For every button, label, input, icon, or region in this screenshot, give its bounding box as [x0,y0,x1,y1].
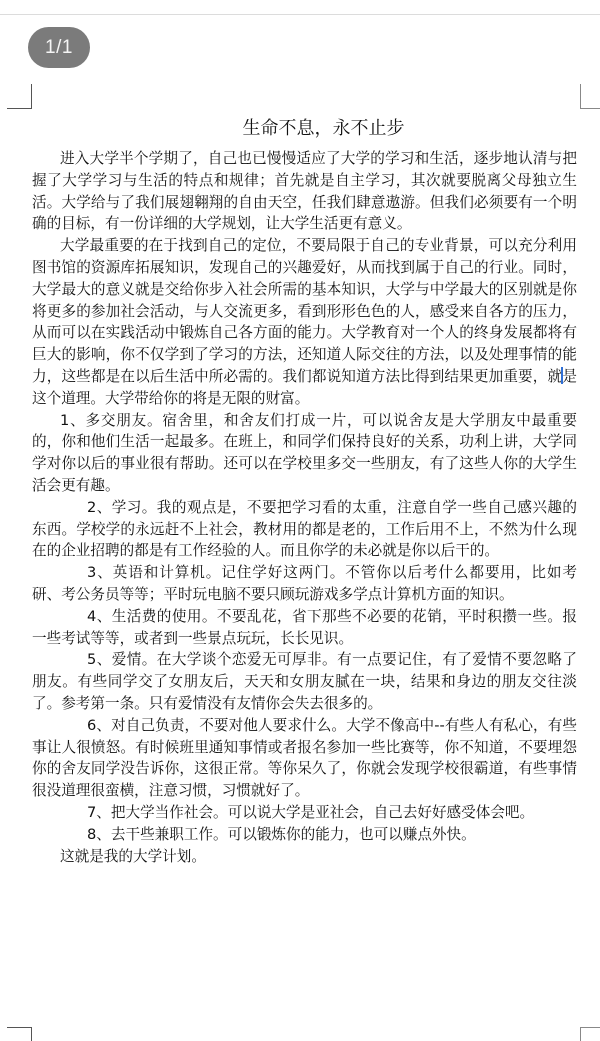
crop-mark-bottom-left [7,1027,32,1041]
paragraph-intro: 进入大学半个学期了，自己也已慢慢适应了大学的学习和生活，逐步地认清与把握了大学学… [32,148,577,235]
paragraph-importance: 大学最重要的在于找到自己的定位，不要局限于自己的专业背景，可以充分利用图书馆的资… [32,235,577,409]
crop-mark-top-left [7,84,32,109]
document-title: 生命不息，永不止步 [70,116,577,142]
list-item-2: 2、学习。我的观点是，不要把学习看的太重，注意自学一些自己感兴趣的东西。学校学的… [32,497,577,562]
page-indicator-badge: 1/1 [28,27,90,68]
list-item-3: 3、英语和计算机。记住学好这两门。不管你以后考什么都要用，比如考研、考公务员等等… [32,562,577,606]
document-page[interactable]: 生命不息，永不止步 进入大学半个学期了，自己也已慢慢适应了大学的学习和生活，逐步… [32,116,577,867]
crop-mark-top-right [580,84,600,109]
list-item-5: 5、爱情。在大学谈个恋爱无可厚非。有一点要记住，有了爱情不要忽略了朋友。有些同学… [32,649,577,714]
paragraph-text-before-cursor: 大学最重要的在于找到自己的定位，不要局限于自己的专业背景，可以充分利用图书馆的资… [32,237,577,385]
crop-mark-bottom-right [580,1027,600,1041]
list-item-7: 7、把大学当作社会。可以说大学是亚社会，自己去好好感受体会吧。 [32,802,577,824]
document-viewer[interactable]: 1/1 生命不息，永不止步 进入大学半个学期了，自己也已慢慢适应了大学的学习和生… [0,0,600,1041]
list-item-4: 4、生活费的使用。不要乱花，省下那些不必要的花销，平时积攒一些。报一些考试等等，… [32,606,577,650]
list-item-8: 8、去干些兼职工作。可以锻炼你的能力，也可以赚点外快。 [32,824,577,846]
list-item-1: 1、多交朋友。宿舍里，和舍友们打成一片，可以说舍友是大学朋友中最重要的，你和他们… [32,410,577,497]
list-item-6: 6、对自己负责，不要对他人要求什么。大学不像高中--有些人有私心，有些事让人很愤… [32,715,577,802]
paragraph-conclusion: 这就是我的大学计划。 [32,846,577,868]
toolbar-divider [0,14,600,15]
